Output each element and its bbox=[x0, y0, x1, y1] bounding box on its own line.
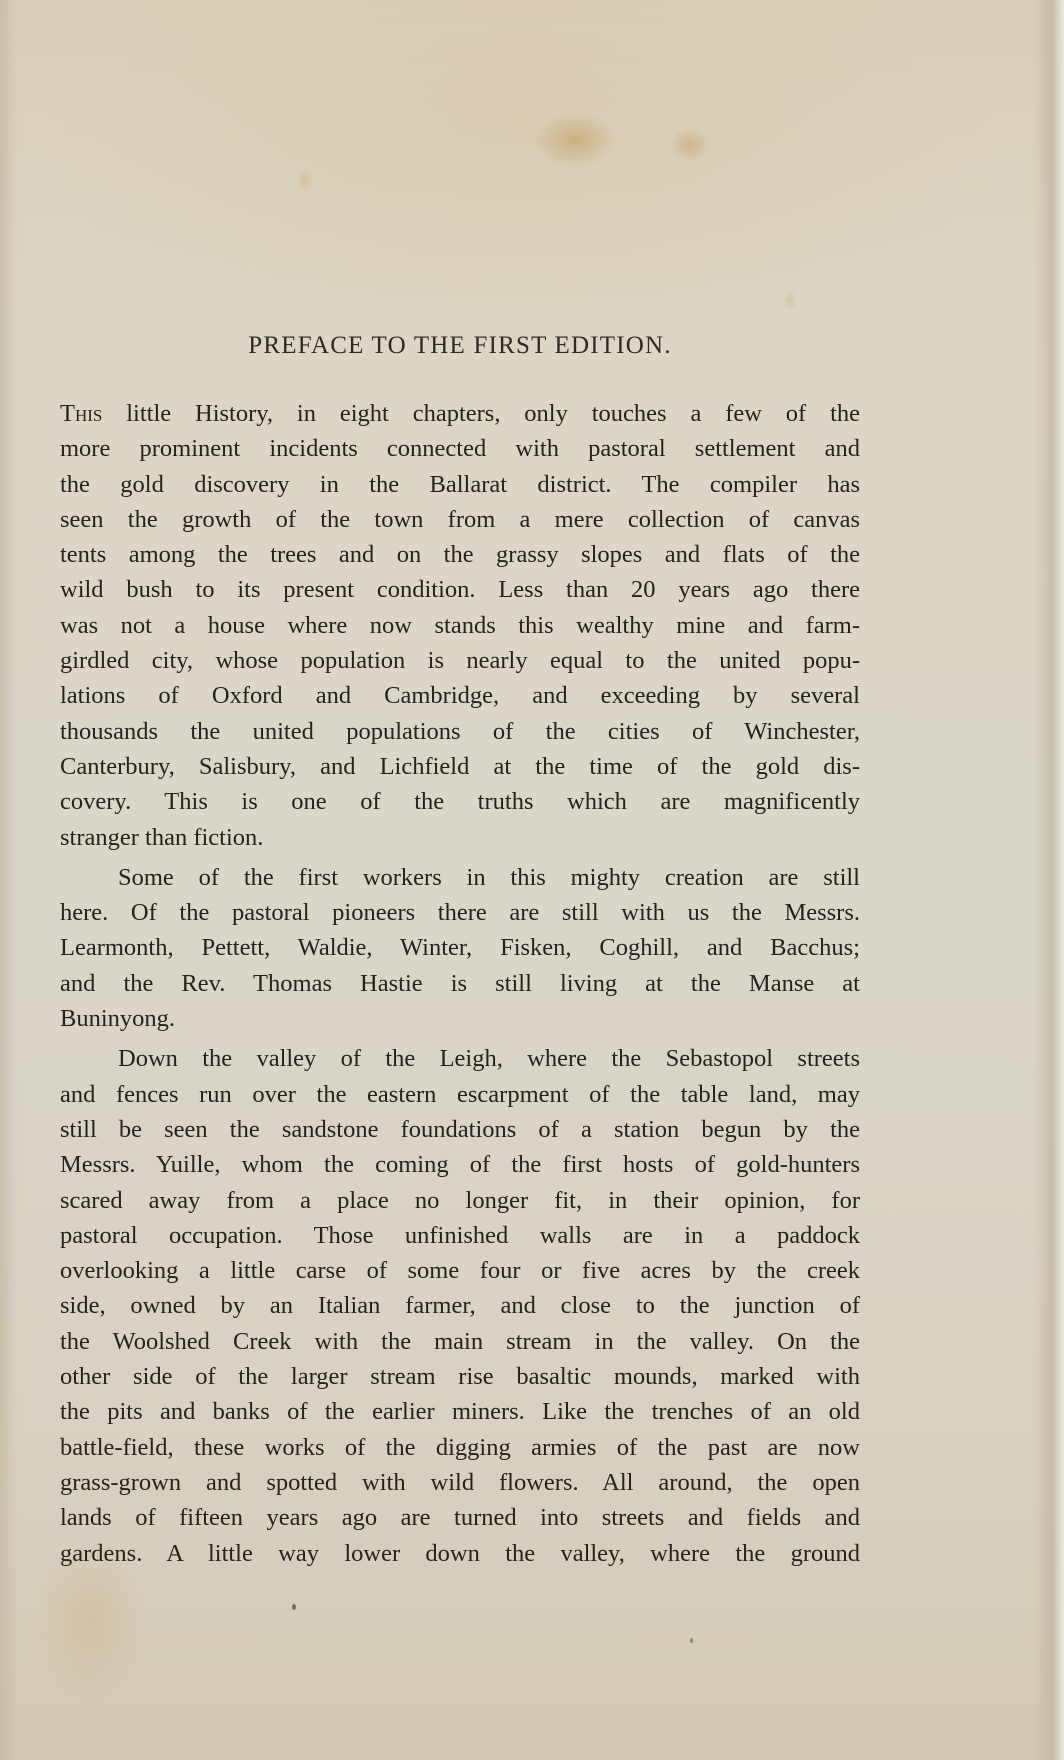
text-line: still be seen the sandstone foundations … bbox=[60, 1112, 860, 1147]
text-line: scared away from a place no longer fit, … bbox=[60, 1183, 860, 1218]
text-line: Learmonth, Pettett, Waldie, Winter, Fisk… bbox=[60, 930, 860, 965]
text-line: Messrs. Yuille, whom the coming of the f… bbox=[60, 1147, 860, 1182]
text-line: wild bush to its present condition. Less… bbox=[60, 572, 860, 607]
text-line: and the Rev. Thomas Hastie is still livi… bbox=[60, 966, 860, 1001]
paragraph-1: This little History, in eight chapters, … bbox=[60, 396, 860, 855]
text-line: This little History, in eight chapters, … bbox=[60, 396, 860, 431]
book-page: PREFACE TO THE FIRST EDITION. This littl… bbox=[0, 0, 1064, 1760]
preface-body: This little History, in eight chapters, … bbox=[60, 396, 860, 1571]
text-line: was not a house where now stands this we… bbox=[60, 608, 860, 643]
text-line: Down the valley of the Leigh, where the … bbox=[60, 1041, 860, 1076]
page-right-edge bbox=[1034, 0, 1064, 1760]
paragraph-3: Down the valley of the Leigh, where the … bbox=[60, 1041, 860, 1570]
text-line: girdled city, whose population is nearly… bbox=[60, 643, 860, 678]
page-title: PREFACE TO THE FIRST EDITION. bbox=[60, 332, 860, 360]
text-line: the Woolshed Creek with the main stream … bbox=[60, 1324, 860, 1359]
text-line: more prominent incidents connected with … bbox=[60, 431, 860, 466]
text-line: here. Of the pastoral pioneers there are… bbox=[60, 895, 860, 930]
text-line: gardens. A little way lower down the val… bbox=[60, 1536, 860, 1571]
ink-speck bbox=[690, 1638, 693, 1643]
text-line: and fences run over the eastern escarpme… bbox=[60, 1077, 860, 1112]
text-line: pastoral occupation. Those unfinished wa… bbox=[60, 1218, 860, 1253]
text-line: Buninyong. bbox=[60, 1001, 860, 1036]
text-line: lations of Oxford and Cambridge, and exc… bbox=[60, 678, 860, 713]
text-line: tents among the trees and on the grassy … bbox=[60, 537, 860, 572]
text-line: Some of the first workers in this mighty… bbox=[60, 860, 860, 895]
text-line: thousands the united populations of the … bbox=[60, 714, 860, 749]
text-line: overlooking a little carse of some four … bbox=[60, 1253, 860, 1288]
ink-speck bbox=[292, 1604, 296, 1610]
text-line: lands of fifteen years ago are turned in… bbox=[60, 1500, 860, 1535]
page-left-edge-shadow bbox=[0, 0, 18, 1760]
text-line: seen the growth of the town from a mere … bbox=[60, 502, 860, 537]
text-line: covery. This is one of the truths which … bbox=[60, 784, 860, 819]
text-line: stranger than fiction. bbox=[60, 820, 860, 855]
text-line: Canterbury, Salisbury, and Lichfield at … bbox=[60, 749, 860, 784]
paragraph-2: Some of the first workers in this mighty… bbox=[60, 860, 860, 1036]
text-line: the gold discovery in the Ballarat distr… bbox=[60, 467, 860, 502]
text-line: battle-field, these works of the digging… bbox=[60, 1430, 860, 1465]
text-line: the pits and banks of the earlier miners… bbox=[60, 1394, 860, 1429]
text-line: side, owned by an Italian farmer, and cl… bbox=[60, 1288, 860, 1323]
text-line: other side of the larger stream rise bas… bbox=[60, 1359, 860, 1394]
drop-smallcaps-word: This bbox=[60, 400, 102, 427]
text-line: grass-grown and spotted with wild flower… bbox=[60, 1465, 860, 1500]
